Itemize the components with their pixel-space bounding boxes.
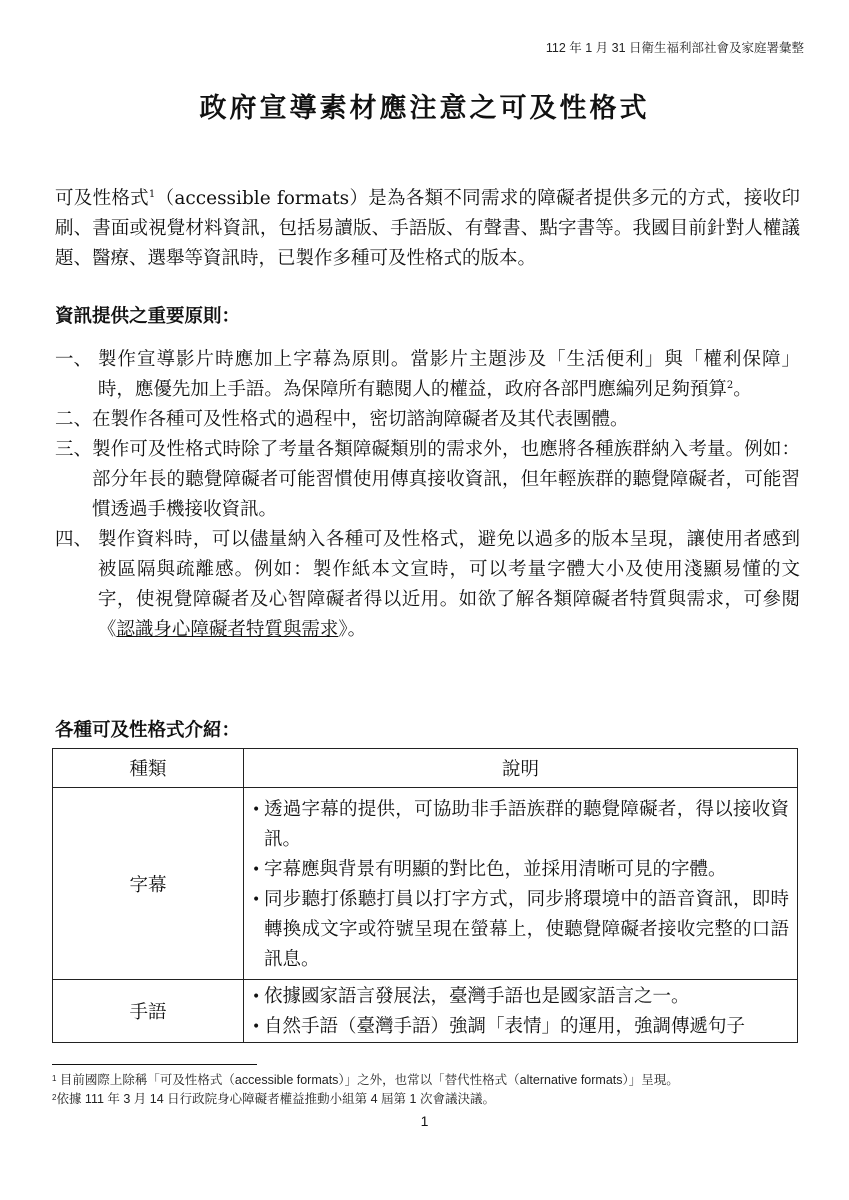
bullet-icon: • <box>252 982 264 1012</box>
principle-item-3: 三、 製作可及性格式時除了考量各類障礙類別的需求外，也應將各種族群納入考量。例如… <box>55 435 800 525</box>
footnote-text: 依據 111 年 3 月 14 日行政院身心障礙者權益推動小組第 4 屆第 1 … <box>56 1092 495 1106</box>
principles-list: 一、 製作宣導影片時應加上字幕為原則。當影片主題涉及「生活便利」與「權利保障」時… <box>55 345 800 645</box>
footnotes: 1 目前國際上除稱「可及性格式（accessible formats）」之外，也… <box>52 1071 812 1109</box>
format-type: 手語 <box>53 980 244 1043</box>
principle-item-4: 四、 製作資料時，可以儘量納入各種可及性格式，避免以過多的版本呈現，讓使用者感到… <box>55 525 800 645</box>
bullet-icon: • <box>252 885 264 975</box>
bullet-item: •依據國家語言發展法，臺灣手語也是國家語言之一。 <box>252 982 789 1012</box>
principles-heading: 資訊提供之重要原則： <box>55 302 240 328</box>
reference-link[interactable]: 認識身心障礙者特質與需求 <box>116 619 338 640</box>
column-header-description: 說明 <box>244 749 798 788</box>
formats-table: 種類 說明 字幕 •透過字幕的提供，可協助非手語族群的聽覺障礙者，得以接收資訊。… <box>52 748 798 1043</box>
footnote-ref-1[interactable]: 1 <box>149 189 155 200</box>
page-number: 1 <box>0 1113 849 1129</box>
table-header-row: 種類 說明 <box>53 749 798 788</box>
principle-item-2: 二、 在製作各種可及性格式的過程中，密切諮詢障礙者及其代表團體。 <box>55 405 800 435</box>
bullet-text: 依據國家語言發展法，臺灣手語也是國家語言之一。 <box>264 982 789 1012</box>
document-title: 政府宣導素材應注意之可及性格式 <box>0 86 849 125</box>
list-number: 一、 <box>55 345 98 405</box>
principle-text: 製作宣導影片時應加上字幕為原則。當影片主題涉及「生活便利」與「權利保障」時，應優… <box>98 349 800 400</box>
footnote-1: 1 目前國際上除稱「可及性格式（accessible formats）」之外，也… <box>52 1071 812 1090</box>
footnote-separator <box>52 1064 257 1065</box>
intro-paragraph: 可及性格式1（accessible formats）是為各類不同需求的障礙者提供… <box>55 184 800 274</box>
bullet-item: •同步聽打係聽打員以打字方式，同步將環境中的語音資訊，即時轉換成文字或符號呈現在… <box>252 885 789 975</box>
footnote-mark: 1 <box>52 1074 56 1083</box>
bullet-text: 同步聽打係聽打員以打字方式，同步將環境中的語音資訊，即時轉換成文字或符號呈現在螢… <box>264 885 789 975</box>
footnote-ref-2[interactable]: 2 <box>727 380 733 391</box>
principle-text: 在製作各種可及性格式的過程中，密切諮詢障礙者及其代表團體。 <box>92 405 800 435</box>
format-type: 字幕 <box>53 788 244 980</box>
footnote-2: 2依據 111 年 3 月 14 日行政院身心障礙者權益推動小組第 4 屆第 1… <box>52 1090 812 1109</box>
intro-text-start: 可及性格式 <box>55 188 149 209</box>
principle-text: 製作可及性格式時除了考量各類障礙類別的需求外，也應將各種族群納入考量。例如：部分… <box>92 435 800 525</box>
bullet-icon: • <box>252 1012 264 1042</box>
bullet-text: 字幕應與背景有明顯的對比色，並採用清晰可見的字體。 <box>264 855 789 885</box>
list-number: 三、 <box>55 435 92 525</box>
header-note: 112 年 1 月 31 日衛生福利部社會及家庭署彙整 <box>546 38 804 56</box>
list-number: 四、 <box>55 525 98 645</box>
list-number: 二、 <box>55 405 92 435</box>
formats-heading: 各種可及性格式介紹： <box>55 716 240 742</box>
intro-text-rest: （accessible formats）是為各類不同需求的障礙者提供多元的方式，… <box>55 188 800 269</box>
table-row: 手語 •依據國家語言發展法，臺灣手語也是國家語言之一。 •自然手語（臺灣手語）強… <box>53 980 798 1043</box>
format-description: •透過字幕的提供，可協助非手語族群的聽覺障礙者，得以接收資訊。 •字幕應與背景有… <box>244 788 798 980</box>
bullet-text: 透過字幕的提供，可協助非手語族群的聽覺障礙者，得以接收資訊。 <box>264 795 789 855</box>
bullet-item: •透過字幕的提供，可協助非手語族群的聽覺障礙者，得以接收資訊。 <box>252 795 789 855</box>
bullet-item: •字幕應與背景有明顯的對比色，並採用清晰可見的字體。 <box>252 855 789 885</box>
bullet-icon: • <box>252 855 264 885</box>
principle-text-tail: 。 <box>733 379 752 400</box>
principle-text-tail: 》。 <box>338 619 366 640</box>
bullet-text: 自然手語（臺灣手語）強調「表情」的運用，強調傳遞句子 <box>264 1012 789 1042</box>
bullet-item: •自然手語（臺灣手語）強調「表情」的運用，強調傳遞句子 <box>252 1012 789 1042</box>
bullet-icon: • <box>252 795 264 855</box>
footnote-text: 目前國際上除稱「可及性格式（accessible formats）」之外，也常以… <box>56 1073 678 1087</box>
table-row: 字幕 •透過字幕的提供，可協助非手語族群的聽覺障礙者，得以接收資訊。 •字幕應與… <box>53 788 798 980</box>
footnote-mark: 2 <box>52 1093 56 1102</box>
format-description: •依據國家語言發展法，臺灣手語也是國家語言之一。 •自然手語（臺灣手語）強調「表… <box>244 980 798 1043</box>
principle-item-1: 一、 製作宣導影片時應加上字幕為原則。當影片主題涉及「生活便利」與「權利保障」時… <box>55 345 800 405</box>
column-header-type: 種類 <box>53 749 244 788</box>
